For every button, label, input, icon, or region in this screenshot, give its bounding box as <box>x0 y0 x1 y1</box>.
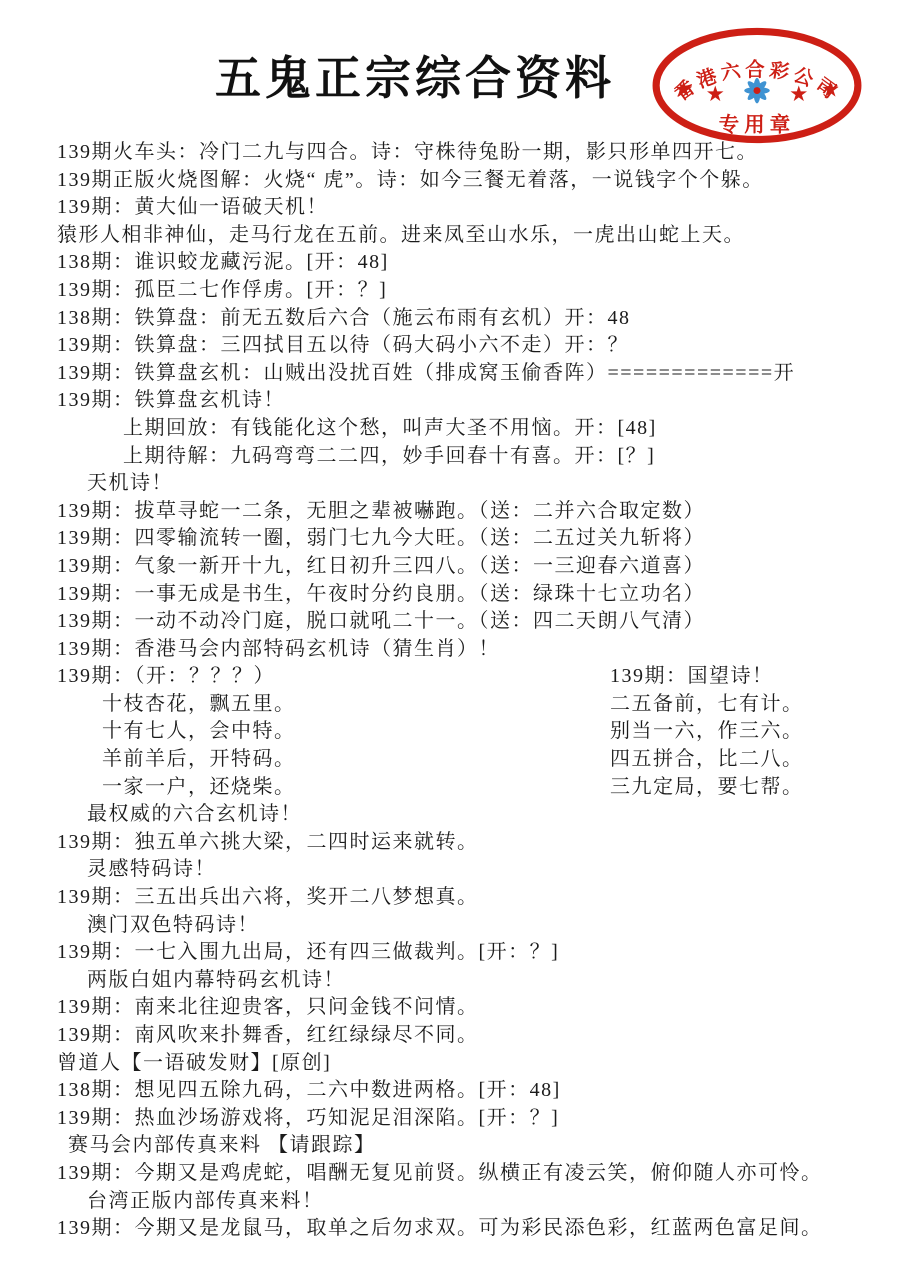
text-line: 139期：一七入围九出局，还有四三做裁判。[开：？] <box>57 939 890 967</box>
text-line: 139期：今期又是鸡虎蛇，唱酬无复见前贤。纵横正有凌云笑，俯仰随人亦可怜。 <box>57 1160 890 1188</box>
line-text: 139期：独五单六挑大梁，二四时运来就转。 <box>57 831 479 853</box>
line-text: 139期：铁算盘玄机诗！ <box>57 389 285 411</box>
text-line: 天机诗！ <box>57 470 890 498</box>
line-text: 139期：气象一新开十九，红日初升三四八。（送：一三迎春六道喜） <box>57 555 705 577</box>
line-text-right: 139期：国望诗！ <box>610 663 774 691</box>
text-line: 139期：一动不动冷门庭，脱口就吼二十一。（送：四二天朗八气清） <box>57 608 890 636</box>
line-text: 曾道人【一语破发财】[原创] <box>57 1052 331 1074</box>
line-text: 139期：铁算盘：三四拭目五以待（码大码小六不走）开：？ <box>57 334 629 356</box>
text-line: 138期：想见四五除九码，二六中数进两格。[开：48] <box>57 1077 890 1105</box>
text-line: 139期正版火烧图解：火烧“ 虎”。诗：如今三餐无着落，一说钱字个个躲。 <box>57 167 890 195</box>
line-text: 两版白姐内幕特码玄机诗！ <box>87 969 345 991</box>
line-text-right: 三九定局，要七帮。 <box>610 774 804 802</box>
text-line: 十枝杏花，飘五里。二五备前，七有计。 <box>57 691 890 719</box>
line-text: 138期：谁识蛟龙藏污泥。[开：48] <box>57 251 389 273</box>
line-text-right: 四五拼合，比二八。 <box>610 746 804 774</box>
line-text: 139期：今期又是鸡虎蛇，唱酬无复见前贤。纵横正有凌云笑，俯仰随人亦可怜。 <box>57 1162 823 1184</box>
text-line: 两版白姐内幕特码玄机诗！ <box>57 967 890 995</box>
line-text: 139期：一事无成是书生，午夜时分约良朋。（送：绿珠十七立功名） <box>57 583 705 605</box>
text-line: 139期：孤臣二七作俘虏。[开：？] <box>57 277 890 305</box>
line-text: 139期：拔草寻蛇一二条，无胆之辈被嚇跑。（送：二并六合取定数） <box>57 500 705 522</box>
text-line: 一家一户，还烧柴。三九定局，要七帮。 <box>57 774 890 802</box>
line-text: 139期：热血沙场游戏将，巧知泥足泪深陷。[开：？] <box>57 1107 559 1129</box>
line-text: 139期：四零输流转一圈，弱门七九今大旺。（送：二五过关九斩将） <box>57 527 705 549</box>
document-page: 五鬼正宗综合资料 香港六合彩公司 ★ ★ ★ ★ 专用章 139期火车头：冷门二… <box>0 0 900 1267</box>
line-text: 138期：想见四五除九码，二六中数进两格。[开：48] <box>57 1079 561 1101</box>
text-line: 139期：黄大仙一语破天机！ <box>57 194 890 222</box>
line-text: 上期待解：九码弯弯二二四，妙手回春十有喜。开：[？] <box>123 445 655 467</box>
line-text: 澳门双色特码诗！ <box>87 914 259 936</box>
line-text: 139期：一动不动冷门庭，脱口就吼二十一。（送：四二天朗八气清） <box>57 610 705 632</box>
text-line: 澳门双色特码诗！ <box>57 912 890 940</box>
text-line: 139期火车头：冷门二九与四合。诗：守株待兔盼一期，影只形单四开七。 <box>57 139 890 167</box>
text-line: 139期：铁算盘玄机诗！ <box>57 387 890 415</box>
text-line: 139期：今期又是龙鼠马，取单之后勿求双。可为彩民添色彩，红蓝两色富足间。 <box>57 1215 890 1243</box>
stamp-bottom-text: 专用章 <box>719 112 795 136</box>
text-line: 139期：三五出兵出六将，奖开二八梦想真。 <box>57 884 890 912</box>
line-text: 最权威的六合玄机诗！ <box>87 803 302 825</box>
text-line: 猿形人相非神仙，走马行龙在五前。进来凤至山水乐，一虎出山蛇上天。 <box>57 222 890 250</box>
star-icon: ★ <box>706 82 725 106</box>
line-text: 139期：一七入围九出局，还有四三做裁判。[开：？] <box>57 941 559 963</box>
text-line: 139期：南风吹来扑舞香，红红绿绿尽不同。 <box>57 1022 890 1050</box>
document-body: 139期火车头：冷门二九与四合。诗：守株待兔盼一期，影只形单四开七。139期正版… <box>57 139 890 1243</box>
text-line: 139期：拔草寻蛇一二条，无胆之辈被嚇跑。（送：二并六合取定数） <box>57 498 890 526</box>
text-line: 139期：（开：？？？）139期：国望诗！ <box>57 663 890 691</box>
star-icon: ★ <box>674 78 693 102</box>
text-line: 139期：独五单六挑大梁，二四时运来就转。 <box>57 829 890 857</box>
text-line: 139期：香港马会内部特码玄机诗（猜生肖）！ <box>57 636 890 664</box>
text-line: 138期：谁识蛟龙藏污泥。[开：48] <box>57 249 890 277</box>
text-line: 羊前羊后，开特码。四五拼合，比二八。 <box>57 746 890 774</box>
text-line: 曾道人【一语破发财】[原创] <box>57 1050 890 1078</box>
line-text: 138期：铁算盘：前无五数后六合（施云布雨有玄机）开：48 <box>57 307 631 329</box>
line-text: 139期正版火烧图解：火烧“ 虎”。诗：如今三餐无着落，一说钱字个个躲。 <box>57 169 764 191</box>
line-text: 赛马会内部传真来料 【请跟踪】 <box>68 1134 376 1156</box>
line-text: 139期：黄大仙一语破天机！ <box>57 196 328 218</box>
flower-icon <box>744 78 769 103</box>
text-line: 139期：南来北往迎贵客，只问金钱不问情。 <box>57 994 890 1022</box>
line-text: 上期回放：有钱能化这个愁，叫声大圣不用恼。开：[48] <box>123 417 657 439</box>
company-stamp: 香港六合彩公司 ★ ★ ★ ★ 专用章 <box>650 26 864 146</box>
line-text: 139期：香港马会内部特码玄机诗（猜生肖）！ <box>57 638 500 660</box>
text-line: 灵感特码诗！ <box>57 856 890 884</box>
line-text: 139期：铁算盘玄机：山贼出没扰百姓（排成窝玉偷香阵）=============… <box>57 362 795 384</box>
line-text: 139期：今期又是龙鼠马，取单之后勿求双。可为彩民添色彩，红蓝两色富足间。 <box>57 1217 823 1239</box>
line-text: 十枝杏花，飘五里。 <box>102 693 296 715</box>
star-icon: ★ <box>789 82 808 106</box>
text-line: 上期回放：有钱能化这个愁，叫声大圣不用恼。开：[48] <box>57 415 890 443</box>
text-line: 139期：铁算盘：三四拭目五以待（码大码小六不走）开：？ <box>57 332 890 360</box>
line-text: 天机诗！ <box>87 472 173 494</box>
line-text: 灵感特码诗！ <box>87 858 216 880</box>
line-text: 一家一户，还烧柴。 <box>102 776 296 798</box>
line-text: 139期：南风吹来扑舞香，红红绿绿尽不同。 <box>57 1024 479 1046</box>
star-icon: ★ <box>821 78 840 102</box>
text-line: 139期：一事无成是书生，午夜时分约良朋。（送：绿珠十七立功名） <box>57 581 890 609</box>
line-text: 十有七人，会中特。 <box>102 720 296 742</box>
text-line: 139期：铁算盘玄机：山贼出没扰百姓（排成窝玉偷香阵）=============… <box>57 360 890 388</box>
text-line: 上期待解：九码弯弯二二四，妙手回春十有喜。开：[？] <box>57 443 890 471</box>
text-line: 138期：铁算盘：前无五数后六合（施云布雨有玄机）开：48 <box>57 305 890 333</box>
line-text: 台湾正版内部传真来料！ <box>87 1190 324 1212</box>
line-text: 羊前羊后，开特码。 <box>102 748 296 770</box>
text-line: 十有七人，会中特。别当一六，作三六。 <box>57 718 890 746</box>
text-line: 139期：热血沙场游戏将，巧知泥足泪深陷。[开：？] <box>57 1105 890 1133</box>
text-line: 139期：四零输流转一圈，弱门七九今大旺。（送：二五过关九斩将） <box>57 525 890 553</box>
line-text: 139期：（开：？？？） <box>57 665 275 687</box>
line-text: 139期：孤臣二七作俘虏。[开：？] <box>57 279 387 301</box>
line-text: 139期：三五出兵出六将，奖开二八梦想真。 <box>57 886 479 908</box>
line-text: 猿形人相非神仙，走马行龙在五前。进来凤至山水乐，一虎出山蛇上天。 <box>57 224 745 246</box>
line-text: 139期：南来北往迎贵客，只问金钱不问情。 <box>57 996 479 1018</box>
line-text-right: 二五备前，七有计。 <box>610 691 804 719</box>
line-text-right: 别当一六，作三六。 <box>610 718 804 746</box>
text-line: 赛马会内部传真来料 【请跟踪】 <box>57 1132 890 1160</box>
text-line: 台湾正版内部传真来料！ <box>57 1188 890 1216</box>
text-line: 最权威的六合玄机诗！ <box>57 801 890 829</box>
line-text: 139期火车头：冷门二九与四合。诗：守株待兔盼一期，影只形单四开七。 <box>57 141 758 163</box>
text-line: 139期：气象一新开十九，红日初升三四八。（送：一三迎春六道喜） <box>57 553 890 581</box>
